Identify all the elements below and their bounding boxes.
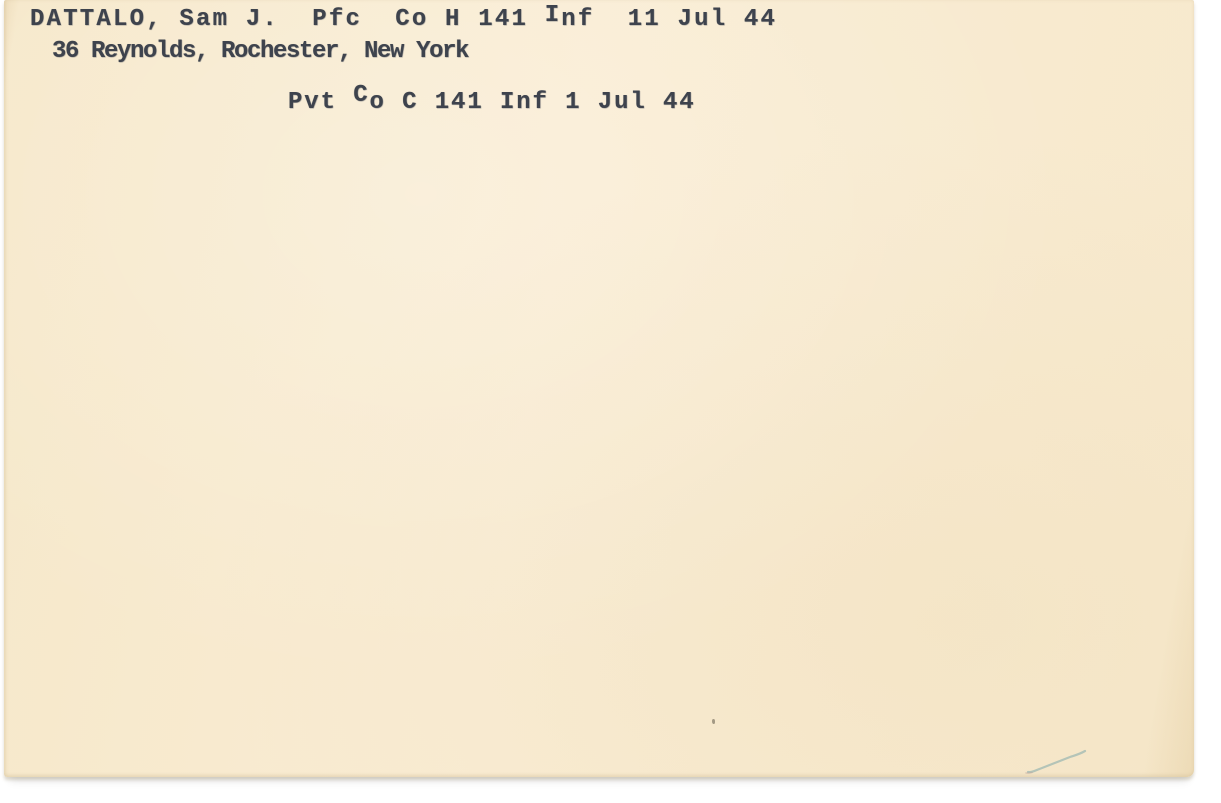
service-record-line-1: DATTALO, Sam J. Pfc Co H 141 Inf 11 Jul …	[30, 5, 777, 35]
pen-squiggle-mark	[1022, 746, 1094, 778]
index-card: DATTALO, Sam J. Pfc Co H 141 Inf 11 Jul …	[4, 0, 1194, 777]
line1-text-end: nf 11 Jul 44	[561, 6, 777, 33]
line3-text-start: Pvt	[288, 89, 353, 116]
address-line: 36 Reynolds, Rochester, New York	[52, 37, 468, 67]
line3-text-end: o C 141 Inf 1 Jul 44	[370, 89, 696, 116]
ink-speck	[712, 719, 715, 724]
line1-raised-char: I	[545, 2, 562, 29]
service-record-line-2: Pvt Co C 141 Inf 1 Jul 44	[288, 88, 696, 118]
line1-text-start: DATTALO, Sam J. Pfc Co H 141	[30, 6, 545, 33]
line3-raised-char: C	[353, 82, 369, 109]
